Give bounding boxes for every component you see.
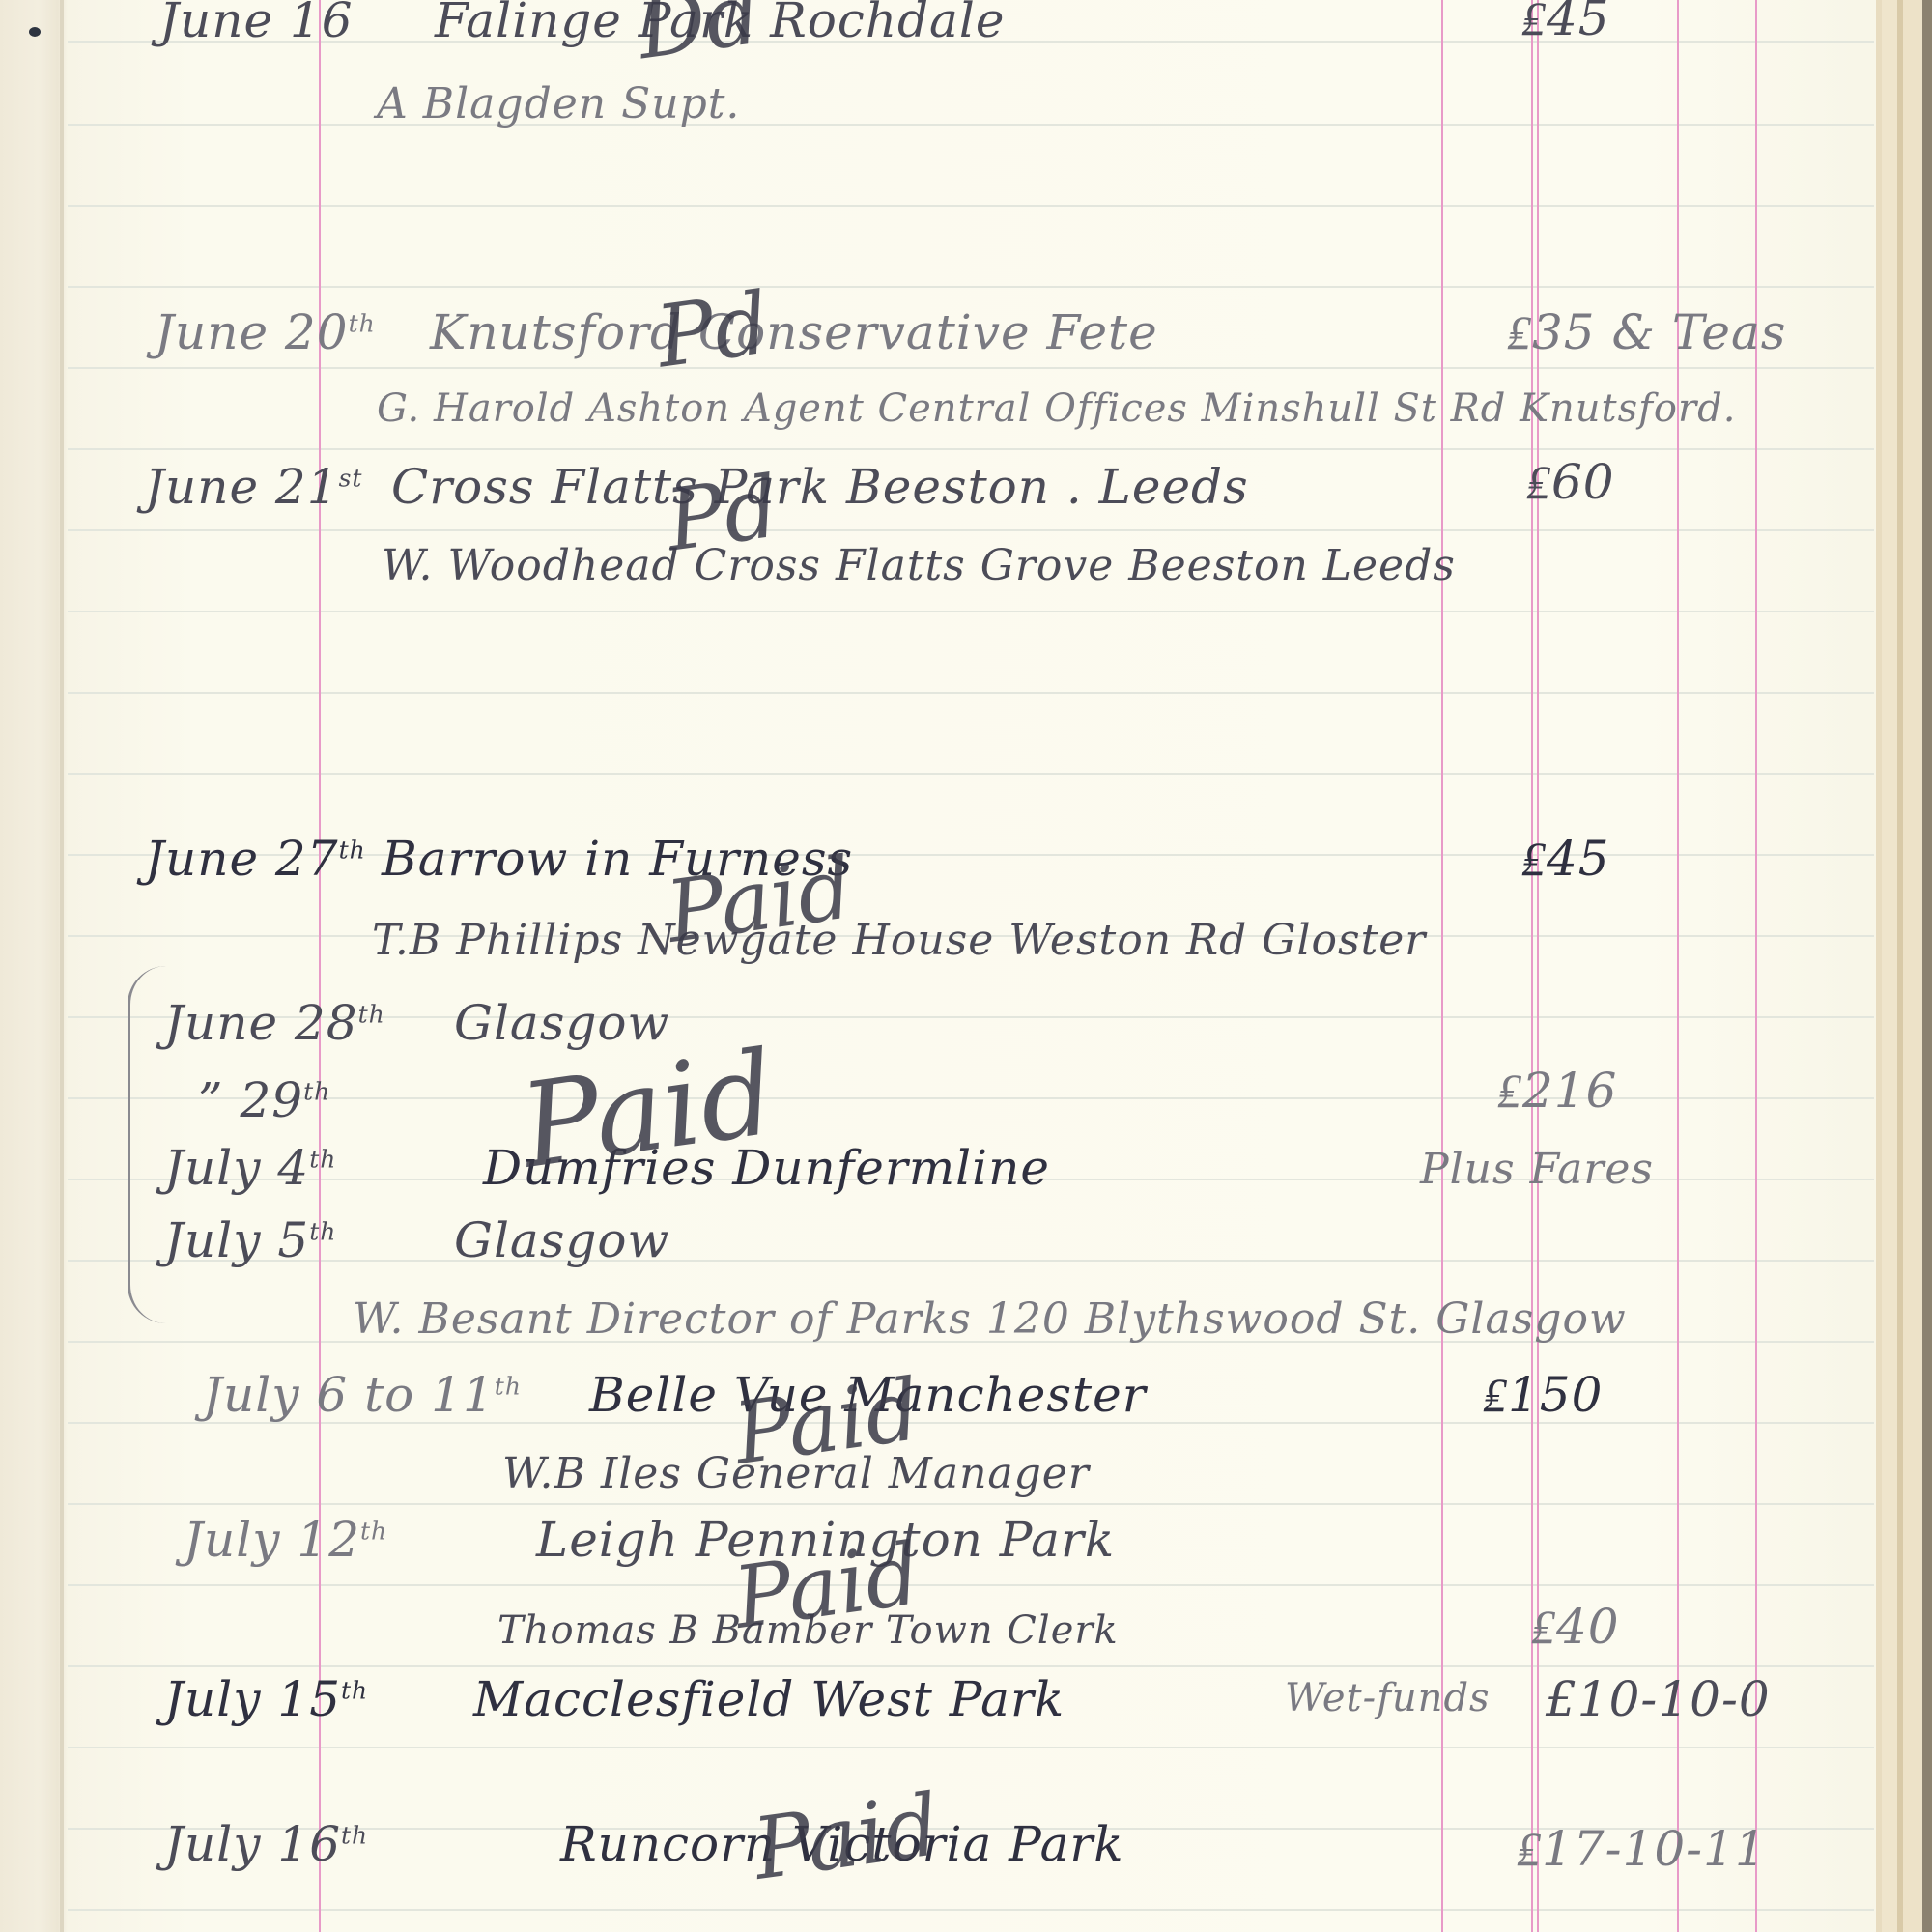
date-suffix: th <box>349 309 376 337</box>
column-rule <box>1755 0 1757 1932</box>
page-edge <box>1882 0 1897 1932</box>
date-suffix: th <box>303 1077 330 1105</box>
ruled-line <box>68 205 1874 207</box>
entry-venue: Glasgow <box>454 1212 669 1268</box>
date-suffix: th <box>341 1821 368 1849</box>
ruled-line <box>68 1747 1874 1748</box>
entry-venue: Macclesfield West Park <box>473 1671 1065 1727</box>
ruled-line <box>68 1260 1874 1262</box>
ruled-line <box>68 529 1874 531</box>
date-text: July 12 <box>184 1512 360 1568</box>
date-suffix: th <box>309 1145 336 1173</box>
entry-fee: ₤35 & Teas <box>1507 304 1786 360</box>
ruled-line <box>68 1584 1874 1586</box>
ruled-line <box>68 611 1874 612</box>
entry-venue-note: Wet-funds <box>1285 1676 1491 1720</box>
paid-signature: Pd <box>660 456 784 570</box>
entry-contact: G. Harold Ashton Agent Central Offices M… <box>377 386 1736 431</box>
ruled-line <box>68 1665 1874 1667</box>
entry-fee: ₤45 <box>1521 0 1610 46</box>
entry-contact: W. Woodhead Cross Flatts Grove Beeston L… <box>382 541 1456 590</box>
entry-contact: T.B Phillips Newgate House Weston Rd Glo… <box>372 916 1426 965</box>
book-cover-edge <box>1922 0 1932 1932</box>
ruled-line <box>68 692 1874 694</box>
entry-venue: Cross Flatts Park Beeston . Leeds <box>391 459 1249 515</box>
ledger-page: June 16 Falinge Park Rochdale A Blagden … <box>0 0 1932 1932</box>
date-margin-rule <box>319 0 321 1932</box>
entry-fee: ₤216 <box>1497 1063 1617 1119</box>
entry-date: June 21st <box>145 459 362 515</box>
entry-date: June 20th <box>155 304 376 360</box>
date-text: June 20 <box>155 304 349 360</box>
date-suffix: th <box>339 836 366 864</box>
entry-fee: ₤45 <box>1521 831 1610 887</box>
binding-hole <box>29 27 41 37</box>
date-text: July 4 <box>164 1140 309 1196</box>
entry-venue: Knutsford Conservative Fete <box>430 304 1158 360</box>
entry-contact: A Blagden Supt. <box>377 79 740 128</box>
entry-date: July 5th <box>164 1212 336 1268</box>
entry-date: July 6 to 11th <box>203 1367 522 1423</box>
entry-date: June 28th <box>164 995 385 1051</box>
entry-date: July 16th <box>164 1816 368 1872</box>
entry-fee: ₤17-10-11 <box>1517 1821 1767 1877</box>
date-suffix: st <box>339 464 363 492</box>
entry-date: June 27th <box>145 831 366 887</box>
ruled-line <box>68 367 1874 369</box>
paid-signature: Dd <box>631 0 766 78</box>
entry-fee-note: Plus Fares <box>1420 1145 1654 1194</box>
date-suffix: th <box>495 1372 522 1400</box>
page-edge <box>1903 0 1922 1932</box>
ruled-line <box>68 448 1874 450</box>
date-text: June 21 <box>145 459 339 515</box>
column-rule <box>1677 0 1679 1932</box>
entry-contact: W. Besant Director of Parks 120 Blythswo… <box>353 1294 1627 1344</box>
entry-date: June 16 <box>159 0 354 48</box>
entry-date: July 4th <box>164 1140 336 1196</box>
ruled-line <box>68 1503 1874 1505</box>
date-suffix: th <box>358 1000 385 1028</box>
paid-signature: Paid <box>748 1775 946 1899</box>
entry-fee: ₤60 <box>1526 454 1615 510</box>
ruled-line <box>68 1909 1874 1911</box>
date-text: July 6 to 11 <box>203 1367 495 1423</box>
entry-venue: Glasgow <box>454 995 669 1051</box>
date-text: July 15 <box>164 1671 341 1727</box>
ruled-line <box>68 124 1874 126</box>
date-text: June 27 <box>145 831 339 887</box>
entry-fee: £10-10-0 <box>1546 1671 1771 1727</box>
entry-date: ” 29th <box>198 1072 330 1128</box>
date-suffix: th <box>360 1517 387 1545</box>
grouping-brace <box>128 966 169 1323</box>
date-text: July 16 <box>164 1816 341 1872</box>
date-text: June 28 <box>164 995 358 1051</box>
date-text: July 5 <box>164 1212 309 1268</box>
entry-fee: ₤40 <box>1531 1599 1620 1655</box>
column-rule <box>1441 0 1443 1932</box>
entry-date: July 12th <box>184 1512 387 1568</box>
page-binding-crease <box>60 0 64 1932</box>
date-suffix: th <box>309 1217 336 1245</box>
date-suffix: th <box>341 1676 368 1704</box>
entry-date: July 15th <box>164 1671 368 1727</box>
entry-fee: ₤150 <box>1483 1367 1603 1423</box>
date-text: ” 29 <box>198 1072 303 1128</box>
ruled-line <box>68 286 1874 288</box>
ruled-line <box>68 773 1874 775</box>
paid-signature: Pd <box>650 272 775 386</box>
